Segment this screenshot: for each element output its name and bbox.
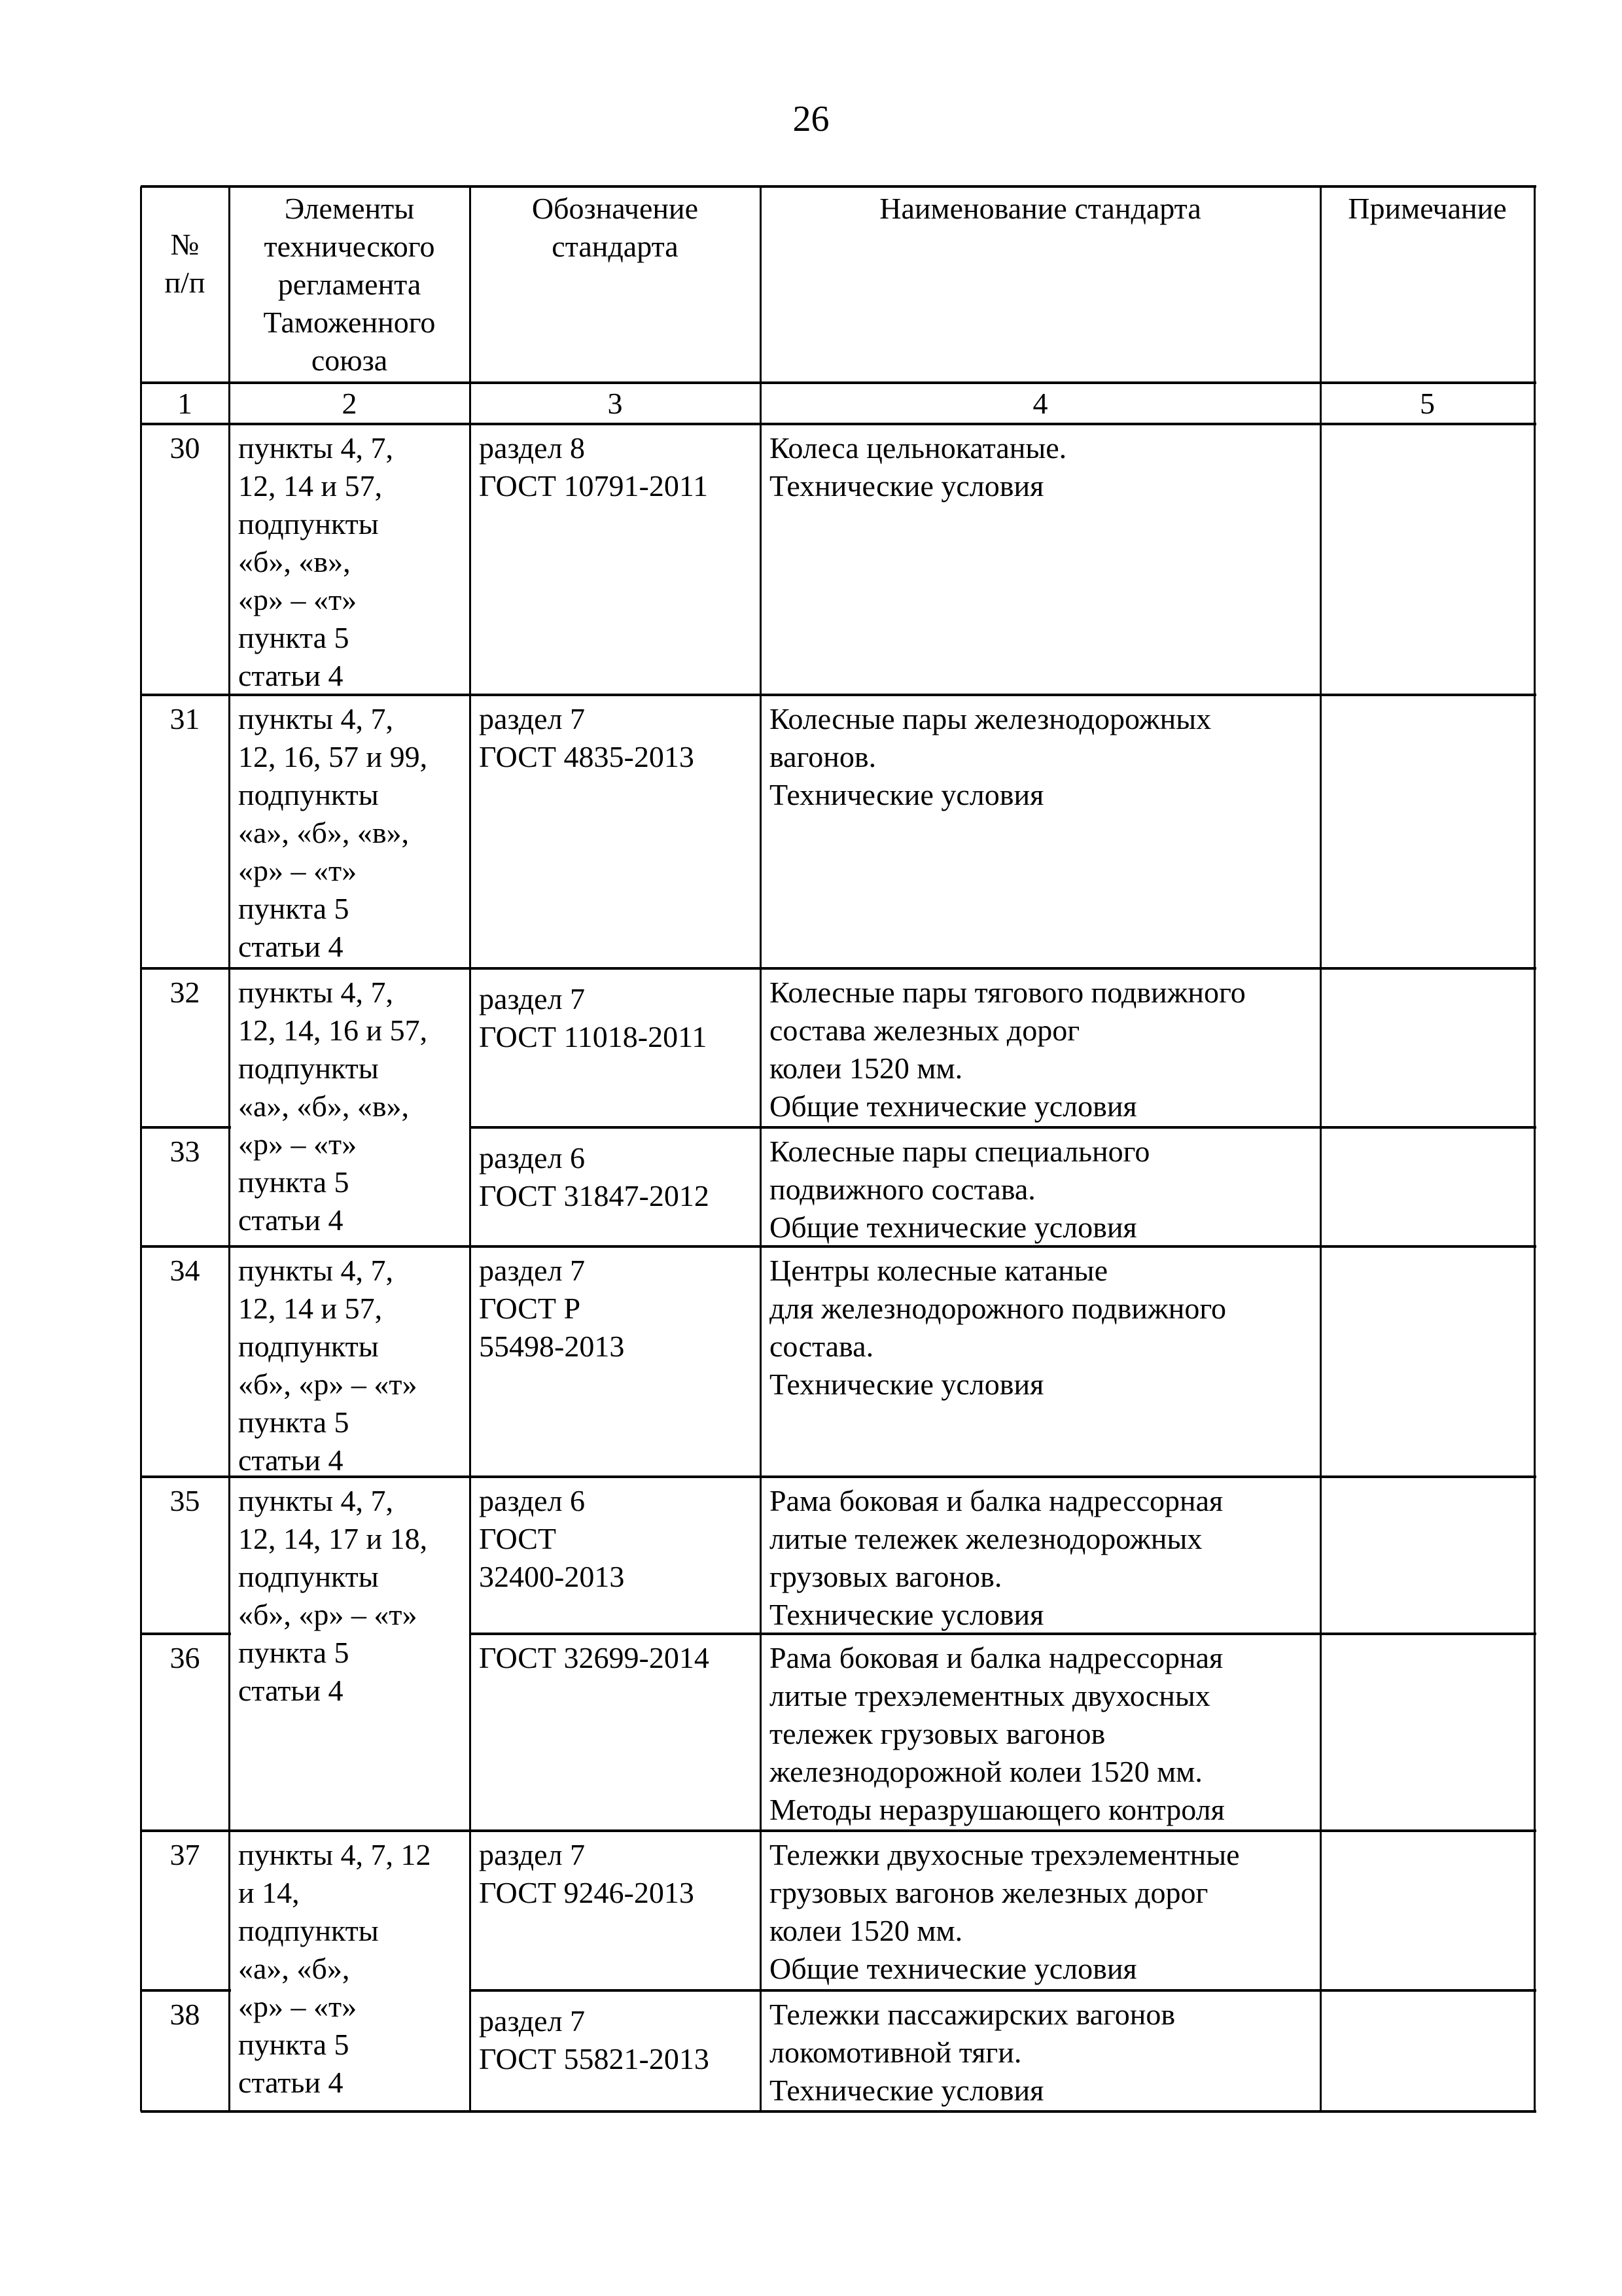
table-rule [229, 1245, 472, 1248]
page-number: 26 [0, 98, 1622, 140]
column-number: 3 [479, 385, 751, 423]
column-number: 4 [769, 385, 1311, 423]
table-rule [470, 967, 1536, 970]
table-rule [469, 186, 471, 2111]
header-number: № п/п [150, 226, 220, 302]
standard-name: Колесные пары тягового подвижного состав… [769, 974, 1311, 1125]
table-rule [229, 2110, 472, 2113]
table-rule [470, 1475, 1536, 1478]
table-rule [470, 2110, 1536, 2113]
row-number: 31 [150, 700, 220, 738]
table-rule [141, 185, 1536, 188]
standard-designation: раздел 7 ГОСТ 55821-2013 [479, 2002, 751, 2078]
standard-name: Колеса цельнокатаные. Технические услови… [769, 429, 1311, 505]
column-number: 2 [238, 385, 461, 423]
standard-designation: раздел 7 ГОСТ 4835-2013 [479, 700, 751, 776]
table-rule [470, 694, 1536, 696]
row-number: 37 [150, 1836, 220, 1874]
standard-designation: раздел 6 ГОСТ 31847-2012 [479, 1139, 751, 1215]
row-number: 38 [150, 1996, 220, 2034]
table-rule [1320, 186, 1322, 2111]
header-standard-name: Наименование стандарта [769, 190, 1311, 228]
row-number: 36 [150, 1639, 220, 1677]
table-rule [141, 1126, 231, 1129]
table-rule [140, 186, 142, 2111]
standard-name: Рама боковая и балка надрессорная литые … [769, 1639, 1311, 1829]
regulation-elements: пункты 4, 7, 12, 16, 57 и 99, подпункты … [238, 700, 461, 966]
table-rule [229, 1829, 472, 1832]
table-rule [470, 1126, 1536, 1129]
table-rule [141, 1829, 231, 1832]
table-rule [141, 1245, 231, 1248]
table-rule [141, 1989, 231, 1992]
standard-name: Тележки пассажирских вагонов локомотивно… [769, 1996, 1311, 2110]
standard-name: Тележки двухосные трехэлементные грузовы… [769, 1836, 1311, 1988]
regulation-elements: пункты 4, 7, 12, 14, 16 и 57, подпункты … [238, 974, 461, 1239]
row-number: 34 [150, 1252, 220, 1290]
standard-designation: ГОСТ 32699-2014 [479, 1639, 751, 1677]
regulation-elements: пункты 4, 7, 12, 14 и 57, подпункты «б»,… [238, 429, 461, 695]
header-elements: Элементы технического регламента Таможен… [238, 190, 461, 380]
row-number: 30 [150, 429, 220, 467]
column-number: 5 [1330, 385, 1525, 423]
standard-designation: раздел 7 ГОСТ 9246-2013 [479, 1836, 751, 1912]
regulation-elements: пункты 4, 7, 12, 14 и 57, подпункты «б»,… [238, 1252, 461, 1479]
table-rule [470, 1989, 1536, 1992]
regulation-elements: пункты 4, 7, 12 и 14, подпункты «а», «б»… [238, 1836, 461, 2102]
table-rule [141, 967, 231, 970]
table-rule [760, 186, 762, 2111]
standard-name: Колесные пары железнодорожных вагонов. Т… [769, 700, 1311, 814]
header-designation: Обозначение стандарта [479, 190, 751, 266]
table-rule [1534, 186, 1536, 2111]
standard-designation: раздел 6 ГОСТ 32400-2013 [479, 1482, 751, 1596]
table-rule [141, 381, 1536, 384]
standard-name: Колесные пары специального подвижного со… [769, 1133, 1311, 1246]
table-rule [141, 2110, 231, 2113]
table-rule [141, 694, 231, 696]
row-number: 32 [150, 974, 220, 1012]
row-number: 33 [150, 1133, 220, 1171]
table-rule [141, 423, 1536, 425]
standard-designation: раздел 7 ГОСТ Р 55498-2013 [479, 1252, 751, 1366]
table-rule [228, 186, 230, 2111]
standard-designation: раздел 8 ГОСТ 10791-2011 [479, 429, 751, 505]
table-rule [229, 967, 472, 970]
column-number: 1 [150, 385, 220, 423]
table-rule [141, 1633, 231, 1635]
standard-name: Центры колесные катаные для железнодорож… [769, 1252, 1311, 1404]
table-rule [141, 1475, 231, 1478]
row-number: 35 [150, 1482, 220, 1520]
standard-designation: раздел 7 ГОСТ 11018-2011 [479, 980, 751, 1056]
table-rule [470, 1829, 1536, 1832]
standard-name: Рама боковая и балка надрессорная литые … [769, 1482, 1311, 1634]
regulation-elements: пункты 4, 7, 12, 14, 17 и 18, подпункты … [238, 1482, 461, 1710]
header-note: Примечание [1330, 190, 1525, 228]
